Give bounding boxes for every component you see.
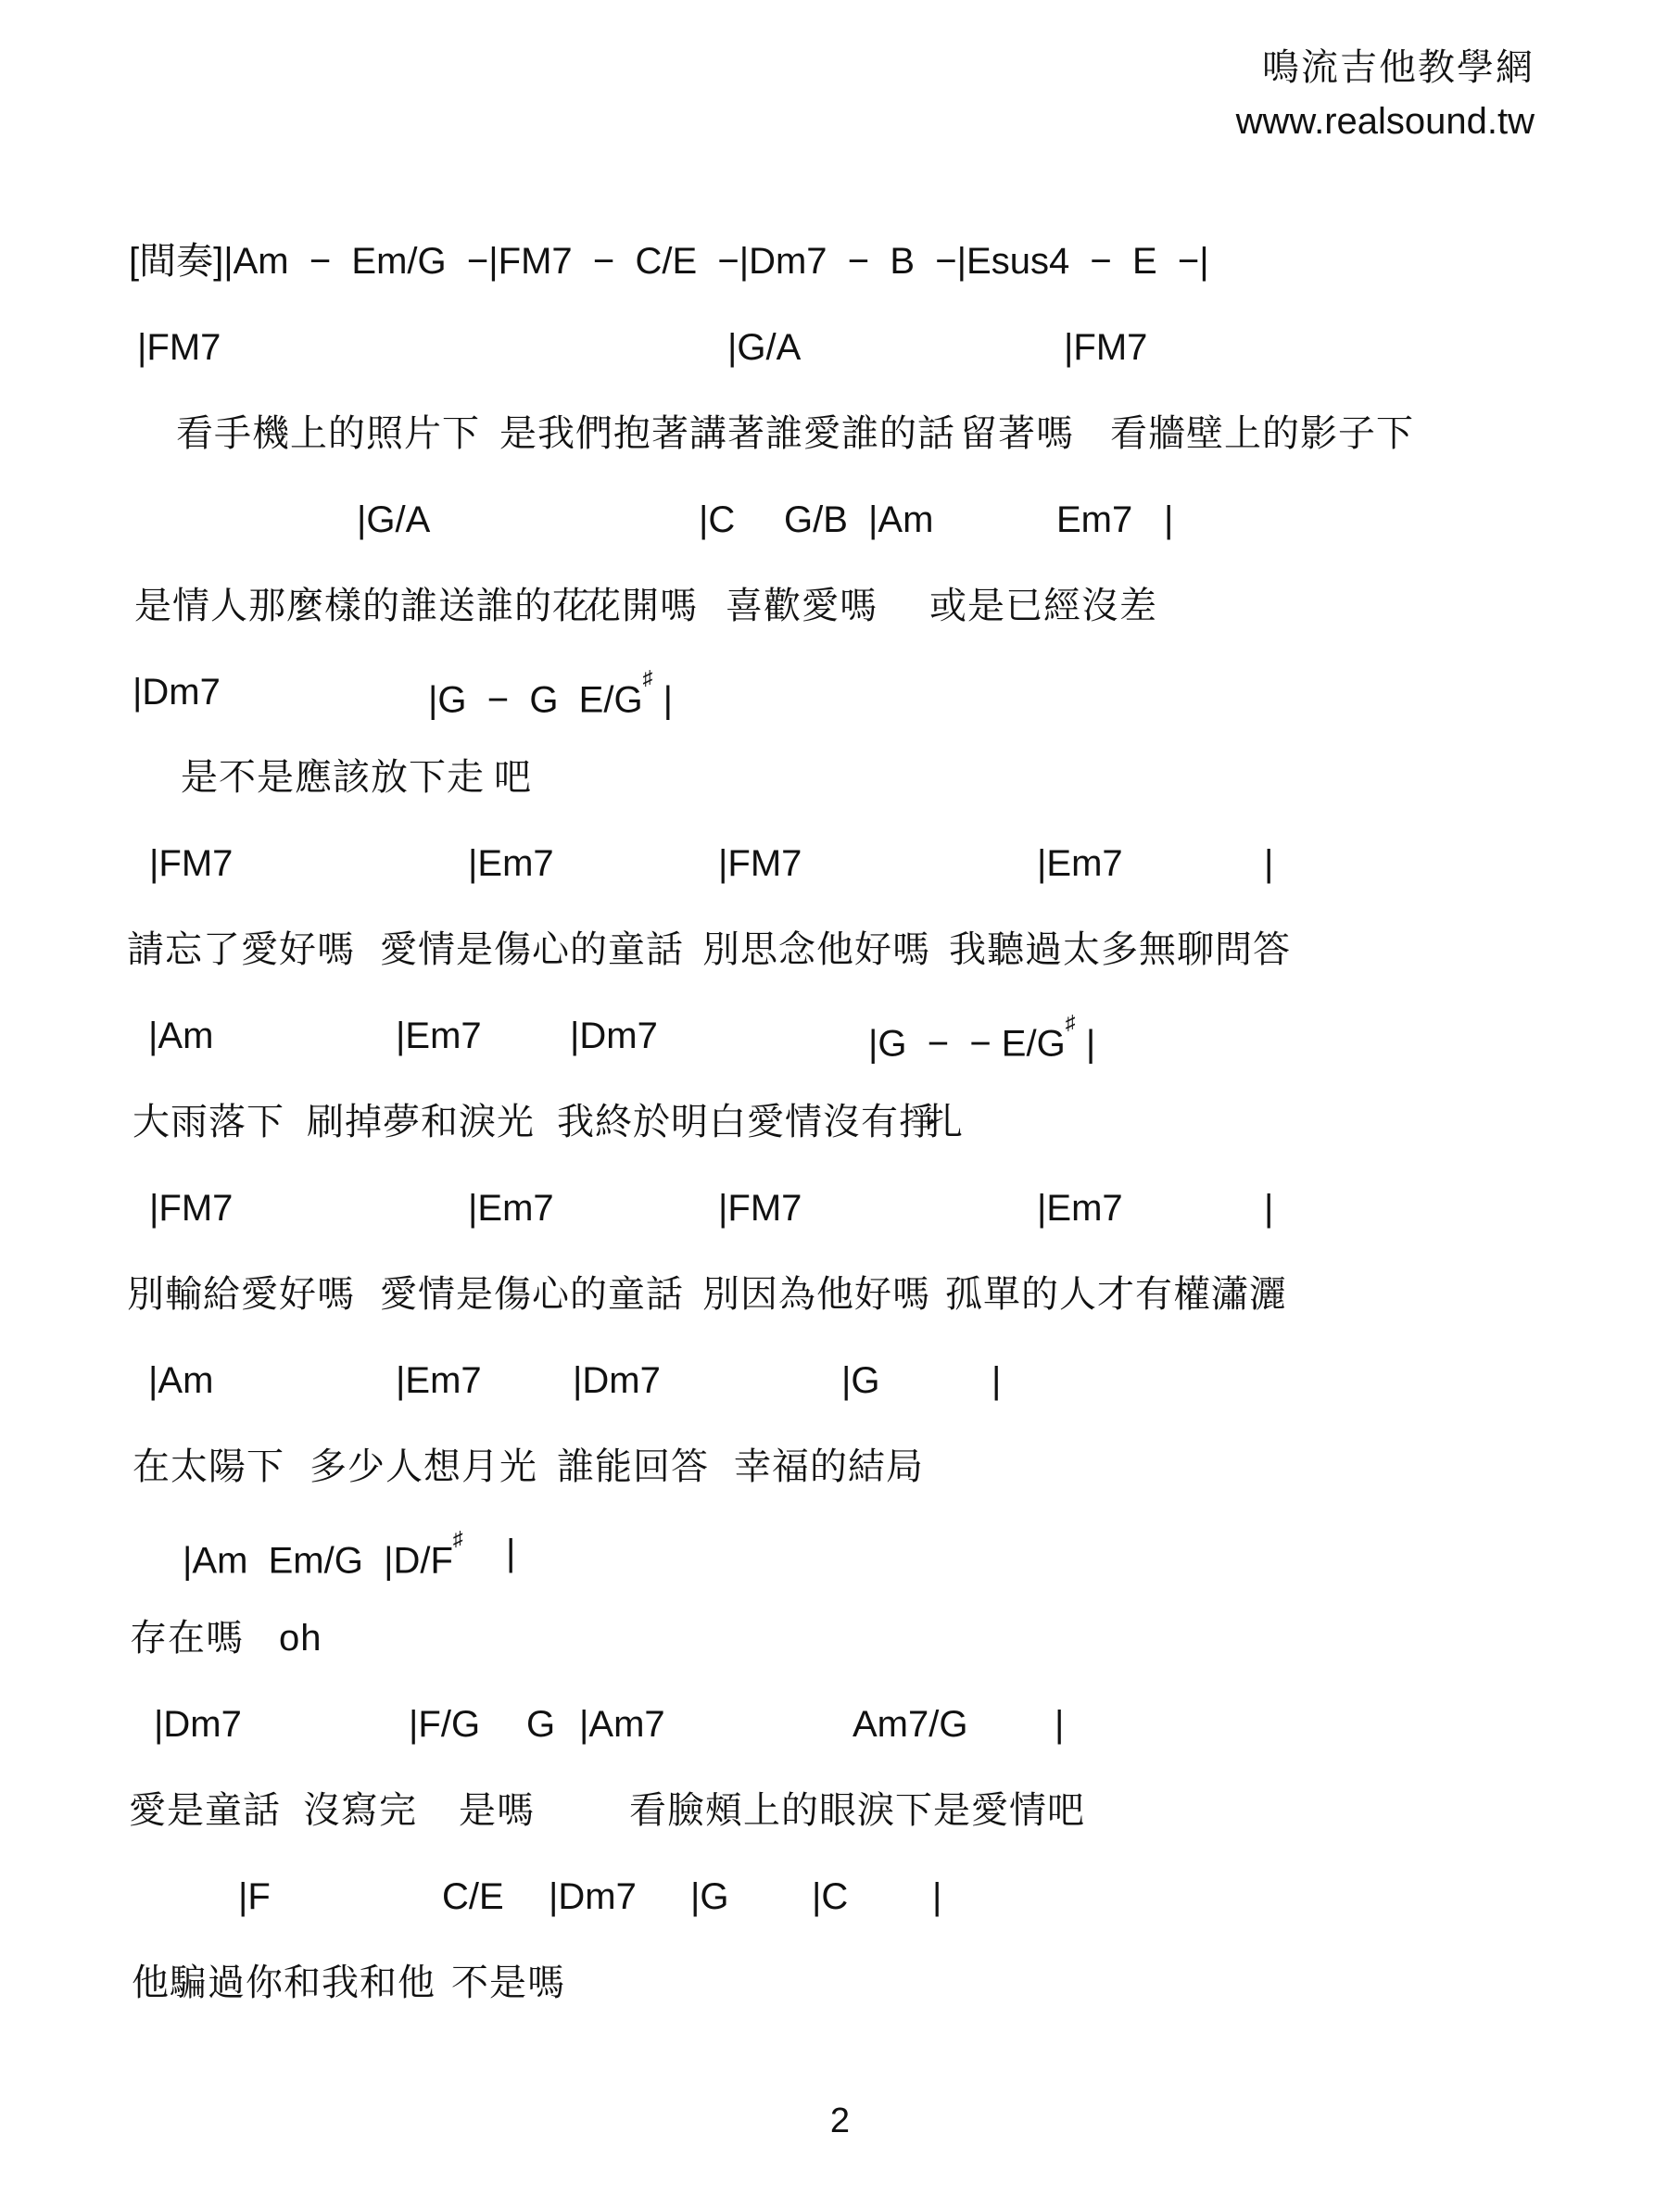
chord-segment: [間奏]|Am − Em/G −|FM7 − C/E −|Dm7 − B −|E…	[129, 237, 1209, 285]
lyric-segment: 看手機上的照片下	[176, 410, 480, 458]
lyric-segment: 吧	[494, 753, 532, 801]
lyric-segment: 請忘了愛好嗎	[127, 926, 355, 974]
chord-segment: |FM7	[1064, 323, 1147, 372]
lyric-segment: 看牆壁上的影子下	[1110, 410, 1414, 458]
lyric-segment: 誰能回答	[557, 1443, 709, 1491]
lyric-segment: 看臉頰上的眼淚下是愛情吧	[629, 1786, 1085, 1835]
chord-segment: |Am	[868, 496, 933, 544]
chord-segment: |	[992, 1357, 1001, 1405]
chord-segment: |F	[238, 1873, 271, 1921]
page-number: 2	[830, 2101, 850, 2140]
chord-line: |Dm7|G − G E/G♯ |	[0, 668, 1680, 716]
chord-segment: |Dm7	[573, 1357, 661, 1405]
lyric-line: 他騙過你和我和他不是嗎	[0, 1959, 1680, 2007]
chord-segment: |	[1055, 1700, 1064, 1748]
chord-segment: |G/A	[727, 323, 801, 372]
lyric-segment: 別思念他好嗎	[702, 926, 930, 974]
chord-line: |G/A|CG/B|AmEm7|	[0, 496, 1680, 544]
lyric-segment: 在太陽下	[133, 1443, 284, 1491]
lyric-segment: 留著嗎	[960, 410, 1074, 458]
chord-segment: |Am Em/G |D/F♯	[183, 1529, 463, 1584]
lyric-segment: 幸福的結局	[734, 1443, 924, 1491]
chord-segment: |Em7	[1037, 1184, 1123, 1232]
lyric-segment: oh	[279, 1614, 322, 1662]
chord-sheet: [間奏]|Am − Em/G −|FM7 − C/E −|Dm7 − B −|E…	[0, 0, 1680, 2196]
chord-segment: |Dm7	[549, 1873, 637, 1921]
chord-line: [間奏]|Am − Em/G −|FM7 − C/E −|Dm7 − B −|E…	[0, 237, 1680, 285]
chord-segment: |FM7	[137, 323, 221, 372]
lyric-segment: 別輸給愛好嗎	[127, 1270, 355, 1319]
lyric-segment: 他騙過你和我和他	[132, 1959, 436, 2007]
chord-segment: |	[506, 1529, 515, 1577]
chord-segment: |Em7	[468, 1184, 554, 1232]
lyric-line: 請忘了愛好嗎愛情是傷心的童話別思念他好嗎我聽過太多無聊問答	[0, 926, 1680, 974]
chord-segment: C/E	[442, 1873, 504, 1921]
lyric-segment: 我聽過太多無聊問答	[949, 926, 1291, 974]
lyric-line: 是情人那麼樣的誰送誰的花花開嗎喜歡愛嗎或是已經沒差	[0, 582, 1680, 630]
chord-segment: Am7/G	[853, 1700, 967, 1748]
lyric-segment: 我終於明白愛情沒有掙	[557, 1098, 937, 1146]
lyric-line: 大雨落下刷掉夢和淚光我終於明白愛情沒有掙扎	[0, 1098, 1680, 1146]
chord-segment: |C	[812, 1873, 848, 1921]
chord-segment: G	[526, 1700, 555, 1748]
lyric-segment: 是不是應該放下走	[181, 753, 485, 801]
chord-line: |Am|Em7|Dm7|G − − E/G♯ |	[0, 1012, 1680, 1060]
chord-segment: |G	[841, 1357, 880, 1405]
chord-segment: |Em7	[468, 839, 554, 888]
lyric-segment: 愛情是傷心的童話	[380, 926, 684, 974]
chord-segment: |FM7	[149, 1184, 233, 1232]
lyric-segment: 喜歡愛嗎	[726, 582, 878, 630]
lyric-segment: 是我們抱著講著誰愛誰的話	[499, 410, 955, 458]
chord-segment: |C	[699, 496, 735, 544]
chord-line: |Am Em/G |D/F♯|	[0, 1529, 1680, 1577]
chord-segment: |	[932, 1873, 941, 1921]
chord-segment: |FM7	[149, 839, 233, 888]
chord-segment: |G/A	[357, 496, 430, 544]
chord-segment: |Am	[148, 1012, 213, 1060]
chord-line: |FC/E|Dm7|G|C|	[0, 1873, 1680, 1921]
lyric-segment: 刷掉夢和淚光	[307, 1098, 535, 1146]
chord-segment: |Em7	[396, 1012, 482, 1060]
sharp-accidental: ♯	[1066, 1011, 1076, 1034]
chord-line: |FM7|Em7|FM7|Em7|	[0, 839, 1680, 888]
page-footer: 2	[0, 2101, 1680, 2141]
lyric-segment: 愛情是傷心的童話	[380, 1270, 684, 1319]
chord-segment: |	[1264, 839, 1273, 888]
chord-segment: |F/G	[409, 1700, 480, 1748]
lyric-segment: 多少人想月光	[309, 1443, 537, 1491]
chord-segment: |Dm7	[133, 668, 221, 716]
lyric-segment: 不是嗎	[451, 1959, 565, 2007]
chord-segment: |Em7	[1037, 839, 1123, 888]
chord-segment: Em7	[1056, 496, 1132, 544]
chord-line: |Am|Em7|Dm7|G|	[0, 1357, 1680, 1405]
lyric-segment: 存在嗎	[130, 1614, 244, 1662]
lyric-segment: 孤單的人才有權瀟灑	[945, 1270, 1287, 1319]
lyric-segment: 大雨落下	[133, 1098, 284, 1146]
chord-segment: |Dm7	[154, 1700, 242, 1748]
lyric-segment: 別因為他好嗎	[702, 1270, 930, 1319]
chord-line: |FM7|Em7|FM7|Em7|	[0, 1184, 1680, 1232]
chord-segment: G/B	[784, 496, 848, 544]
lyric-segment: 或是已經沒差	[929, 582, 1157, 630]
lyric-line: 是不是應該放下走吧	[0, 753, 1680, 801]
chord-line: |Dm7|F/GG|Am7Am7/G|	[0, 1700, 1680, 1748]
chord-segment: |	[1164, 496, 1173, 544]
chord-segment: |FM7	[718, 1184, 802, 1232]
chord-line: |FM7|G/A|FM7	[0, 323, 1680, 372]
lyric-line: 看手機上的照片下是我們抱著講著誰愛誰的話留著嗎看牆壁上的影子下	[0, 410, 1680, 458]
lyric-segment: 沒寫完	[303, 1786, 417, 1835]
song-sheet-page: 鳴流吉他教學網 www.realsound.tw [間奏]|Am − Em/G …	[0, 0, 1680, 2196]
lyric-segment: 是嗎	[459, 1786, 535, 1835]
chord-segment: |Dm7	[570, 1012, 658, 1060]
chord-segment: |	[1264, 1184, 1273, 1232]
lyric-line: 別輸給愛好嗎愛情是傷心的童話別因為他好嗎孤單的人才有權瀟灑	[0, 1270, 1680, 1319]
lyric-segment: 花開嗎	[584, 582, 698, 630]
lyric-line: 愛是童話沒寫完是嗎看臉頰上的眼淚下是愛情吧	[0, 1786, 1680, 1835]
sharp-accidental: ♯	[643, 666, 653, 689]
lyric-segment: 愛是童話	[129, 1786, 281, 1835]
chord-segment: |Am	[148, 1357, 213, 1405]
sharp-accidental: ♯	[453, 1527, 463, 1550]
lyric-segment: 是情人那麼樣的誰送誰的花	[134, 582, 590, 630]
chord-segment: |G	[690, 1873, 729, 1921]
chord-segment: |FM7	[718, 839, 802, 888]
lyric-line: 存在嗎oh	[0, 1614, 1680, 1662]
chord-segment: |G − − E/G♯ |	[868, 1012, 1095, 1067]
chord-segment: |Em7	[396, 1357, 482, 1405]
lyric-line: 在太陽下多少人想月光誰能回答幸福的結局	[0, 1443, 1680, 1491]
chord-segment: |Am7	[579, 1700, 665, 1748]
chord-segment: |G − G E/G♯ |	[428, 668, 673, 724]
lyric-segment: 扎	[926, 1098, 964, 1146]
